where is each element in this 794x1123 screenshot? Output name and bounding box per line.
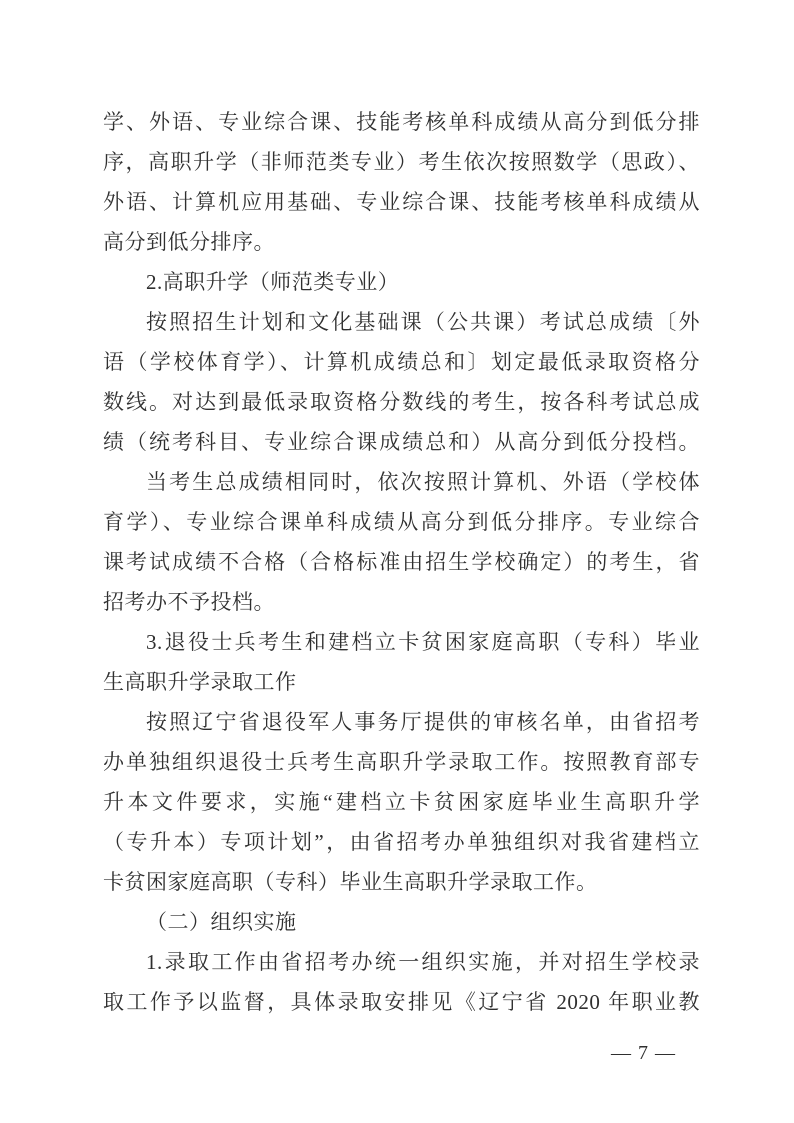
text-line: （专升本）专项计划”，由省招考办单独组织对我省建档立 xyxy=(103,822,700,862)
text-line: 绩（统考科目、专业综合课成绩总和）从高分到低分投档。 xyxy=(103,422,700,462)
text-line: 3.退役士兵考生和建档立卡贫困家庭高职（专科）毕业 xyxy=(103,622,700,662)
text-line: 招考办不予投档。 xyxy=(103,582,700,622)
text-line: （二）组织实施 xyxy=(103,902,700,942)
text-line: 生高职升学录取工作 xyxy=(103,662,700,702)
text-line: 学、外语、专业综合课、技能考核单科成绩从高分到低分排 xyxy=(103,102,700,142)
text-line: 按照招生计划和文化基础课（公共课）考试总成绩〔外 xyxy=(103,302,700,342)
text-line: 外语、计算机应用基础、专业综合课、技能考核单科成绩从 xyxy=(103,182,700,222)
text-line: 升本文件要求，实施“建档立卡贫困家庭毕业生高职升学 xyxy=(103,782,700,822)
text-line: 2.高职升学（师范类专业） xyxy=(103,262,700,302)
text-line: 高分到低分排序。 xyxy=(103,222,700,262)
text-line: 育学）、专业综合课单科成绩从高分到低分排序。专业综合 xyxy=(103,502,700,542)
text-line: 1.录取工作由省招考办统一组织实施，并对招生学校录 xyxy=(103,942,700,982)
text-line: 办单独组织退役士兵考生高职升学录取工作。按照教育部专 xyxy=(103,742,700,782)
text-line: 当考生总成绩相同时，依次按照计算机、外语（学校体 xyxy=(103,462,700,502)
text-line: 课考试成绩不合格（合格标准由招生学校确定）的考生，省 xyxy=(103,542,700,582)
text-line: 按照辽宁省退役军人事务厅提供的审核名单，由省招考 xyxy=(103,702,700,742)
text-line: 卡贫困家庭高职（专科）毕业生高职升学录取工作。 xyxy=(103,862,700,902)
document-body: 学、外语、专业综合课、技能考核单科成绩从高分到低分排 序，高职升学（非师范类专业… xyxy=(103,102,700,1022)
text-line: 数线。对达到最低录取资格分数线的考生，按各科考试总成 xyxy=(103,382,700,422)
page-number: — 7 — xyxy=(611,1041,676,1065)
text-line: 序，高职升学（非师范类专业）考生依次按照数学（思政）、 xyxy=(103,142,700,182)
document-page: 学、外语、专业综合课、技能考核单科成绩从高分到低分排 序，高职升学（非师范类专业… xyxy=(0,0,794,1123)
text-line: 语（学校体育学）、计算机成绩总和〕划定最低录取资格分 xyxy=(103,342,700,382)
text-line: 取工作予以监督，具体录取安排见《辽宁省 2020 年职业教 xyxy=(103,982,700,1022)
